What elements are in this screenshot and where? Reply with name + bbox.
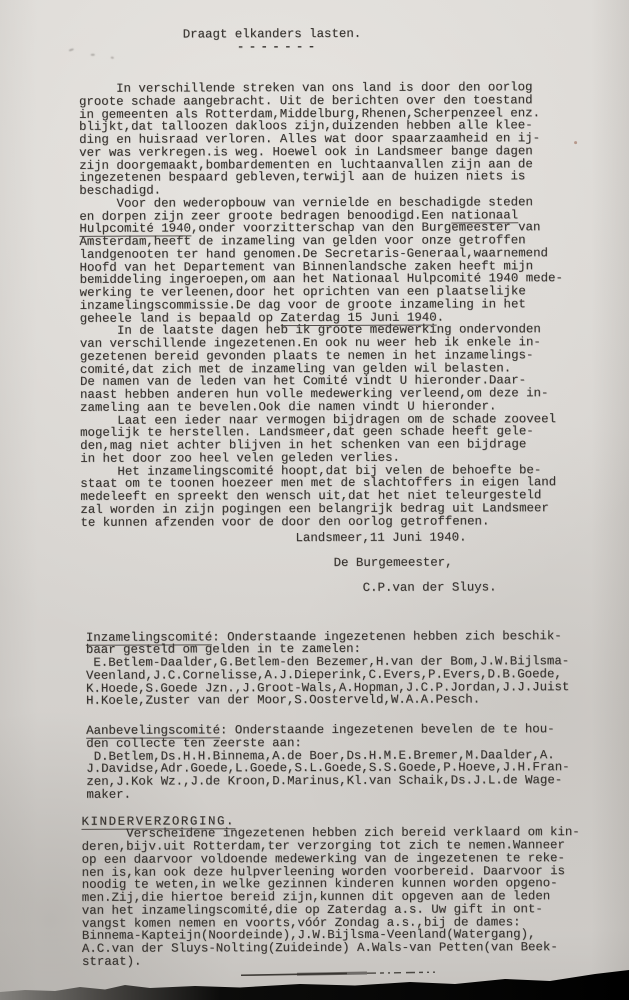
paragraph-2: Voor den wederopbouw van vernielde en be…	[79, 196, 589, 325]
signature-role: De Burgemeester,	[334, 556, 591, 570]
letter-body: In verschillende streken van ons land is…	[79, 81, 592, 968]
text-line: zen,J.Kok Wz.,J.de Kroon,D.Marinus,Kl.va…	[86, 774, 591, 789]
paper-content: Draagt elkanders lasten. ------- In vers…	[0, 0, 629, 1000]
section-lines: den collecte ten zeerste aan: D.Betlem,D…	[86, 736, 591, 802]
signature-name: C.P.van der Sluys.	[363, 581, 591, 595]
document-page: Draagt elkanders lasten. ------- In vers…	[0, 0, 629, 1000]
photo-bottom-edge	[0, 966, 629, 1000]
pencil-mark	[111, 56, 114, 59]
text-line: A.C.van der Sluys-Nolting(Zuideinde) A.W…	[82, 941, 592, 956]
title-underline: -------	[237, 40, 320, 53]
section-lines: Verscheidene ingezetenen hebben zich ber…	[81, 826, 591, 968]
paragraph-4: Laat een ieder naar vermogen bijdragen o…	[80, 413, 590, 466]
paragraph-3: In de laatste dagen heb ik groote medewe…	[80, 323, 590, 414]
text-line: H.Koele,Zuster van der Moor,S.Oosterveld…	[86, 693, 591, 708]
section-kinderverzorging: KINDERVERZORGING. Verscheidene ingezeten…	[81, 814, 592, 969]
text-segment: : Onderstaande ingezetenen bevelen de te…	[220, 722, 555, 737]
section-aanbevelingscomite: Aanbevelingscomité: Onderstaande ingezet…	[86, 723, 591, 801]
pencil-mark	[91, 54, 95, 56]
section-heading: Aanbevelingscomité: Onderstaande ingezet…	[86, 723, 591, 738]
section-inzamelingscomite: Inzamelingscomité: Onderstaande ingezete…	[86, 630, 591, 708]
pencil-mark	[69, 48, 74, 51]
paragraph-1: In verschillende streken van ons land is…	[79, 81, 589, 198]
dateline: Landsmeer,11 Juni 1940.	[295, 531, 590, 545]
paragraph-5: Het inzamelingscomité hoopt,dat bij vele…	[80, 464, 590, 530]
text-line: te kunnen afzenden voor de door den oorl…	[80, 515, 590, 530]
section-lines: baar gesteld om gelden in te zamelen: E.…	[86, 642, 591, 708]
text-line: maker.	[86, 787, 591, 802]
